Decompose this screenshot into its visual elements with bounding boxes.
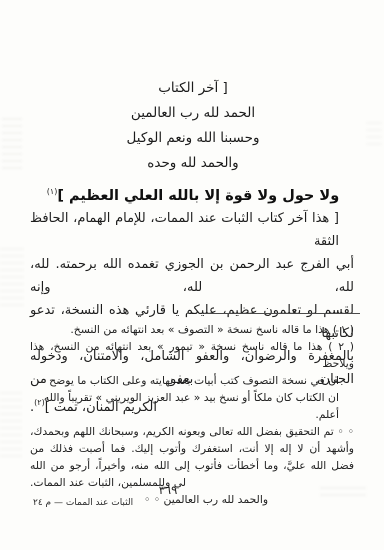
editor-note-line: فضل الله عليَّ، وما أخطأت فأتوب إلى الله… — [30, 457, 354, 474]
scanned-book-page: [ آخر الكتاب الحمد لله رب العالمين وحسبن… — [0, 0, 384, 550]
catchword-footer: الثبات عند الممات — م ٢٤ — [0, 498, 384, 508]
colophon-line: الحمد لله رب العالمين — [30, 101, 356, 126]
colophon-line: والحمد لله وحده — [30, 151, 356, 176]
colophon-line: [ آخر الكتاب — [30, 76, 356, 101]
footnotes: ( ١ ) هذا ما قاله ناسخ نسخة « التصوف » ب… — [30, 321, 354, 508]
footnote-2-line: ان الكتاب كان ملكاً أو نسخ بيد « عبد الع… — [30, 389, 354, 423]
colophon-dua-line: ولا حول ولا قوة إلا بالله العلي العظيم ]… — [30, 179, 356, 209]
footnote-2-line: ان في نسخة التصوف كتب أبيات بعد نهايته و… — [30, 372, 354, 389]
bleed-smudge — [0, 248, 24, 306]
catchword-text: الثبات عند الممات — م ٢٤ — [33, 498, 133, 508]
footnote-1: ( ١ ) هذا ما قاله ناسخ نسخة « التصوف » ب… — [30, 321, 354, 338]
dua-text: ولا حول ولا قوة إلا بالله العلي العظيم ] — [57, 188, 339, 204]
colophon-line: وحسبنا الله ونعم الوكيل — [30, 126, 356, 151]
colophon: [ آخر الكتاب الحمد لله رب العالمين وحسبن… — [30, 76, 356, 209]
editor-note-line: وأشهد أن لا إله إلا أنت، استغفرك وأتوب إ… — [30, 440, 354, 457]
bleed-smudge — [0, 392, 22, 458]
paragraph-line: [ هذا آخر كتاب الثبات عند الممات، للإمام… — [30, 207, 354, 253]
editor-note-line: ◦ ◦ تم التحقيق بفضل الله تعالى وبعونه ال… — [30, 423, 354, 440]
bleed-smudge — [366, 122, 382, 150]
footnote-2-line: ( ٢ ) هذا ما قاله ناسخ نسخة « تيمور » بع… — [30, 338, 354, 372]
page-number: ٣٦٩ — [0, 483, 360, 497]
bleed-smudge — [2, 118, 22, 170]
paragraph-line: أبي الفرج عبد الرحمن بن الجوزي تغمده الل… — [30, 253, 354, 299]
footnote-ref-1: (١) — [47, 187, 58, 196]
footnote-separator — [204, 313, 360, 314]
